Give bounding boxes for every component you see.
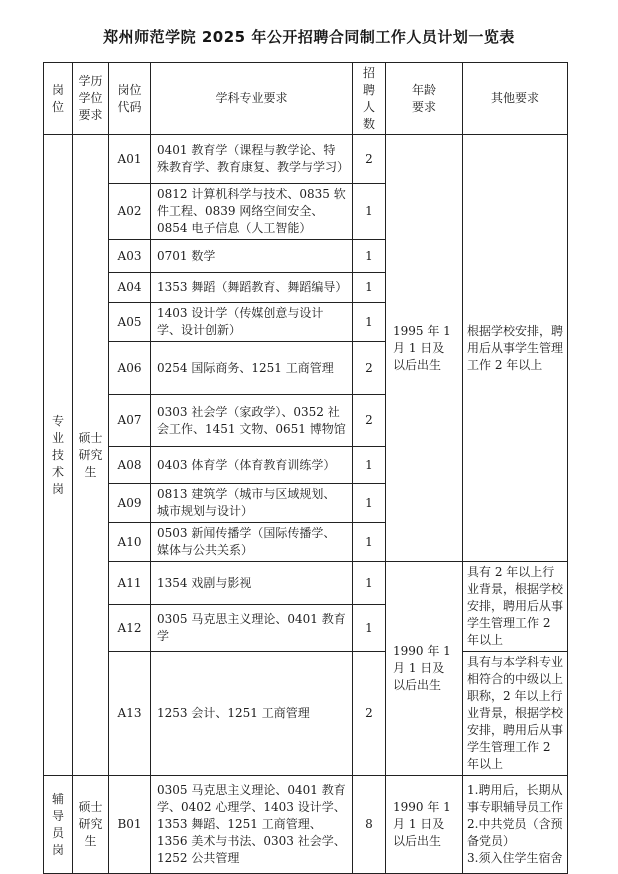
- table-row: A13 1253 会计、1251 工商管理 2 具有与本学科专业相符合的中级以上…: [44, 652, 568, 776]
- major-cell: 0305 马克思主义理论、0401 教育学: [151, 605, 353, 652]
- major-cell: 0254 国际商务、1251 工商管理: [151, 342, 353, 395]
- code-cell: A07: [109, 395, 151, 447]
- age-group-cell-1990: 1990 年 1 月 1 日及以后出生: [386, 562, 463, 776]
- table-row: 辅 导 员 岗 硕士 研究 生 B01 0305 马克思主义理论、0401 教育…: [44, 776, 568, 874]
- code-cell: B01: [109, 776, 151, 874]
- code-cell: A11: [109, 562, 151, 605]
- col-header-count: 招 聘 人 数: [353, 63, 386, 135]
- education-group-cell-tech: 硕士 研究 生: [73, 135, 109, 776]
- major-cell: 1353 舞蹈（舞蹈教育、舞蹈编导）: [151, 273, 353, 303]
- code-cell: A04: [109, 273, 151, 303]
- other-req-cell-group2b: 具有与本学科专业相符合的中级以上职称，2 年以上行业背景，根据学校安排，聘用后从…: [463, 652, 568, 776]
- col-header-education: 学历 学位 要求: [73, 63, 109, 135]
- col-header-other: 其他要求: [463, 63, 568, 135]
- count-cell: 1: [353, 484, 386, 523]
- position-group-cell-counselor: 辅 导 员 岗: [44, 776, 73, 874]
- major-cell: 1354 戏剧与影视: [151, 562, 353, 605]
- count-cell: 8: [353, 776, 386, 874]
- document-title: 郑州师范学院 2025 年公开招聘合同制工作人员计划一览表: [0, 26, 618, 47]
- count-cell: 1: [353, 447, 386, 484]
- code-cell: A03: [109, 240, 151, 273]
- major-cell: 0303 社会学（家政学）、0352 社会工作、1451 文物、0651 博物馆: [151, 395, 353, 447]
- age-group-cell-1995: 1995 年 1 月 1 日及以后出生: [386, 135, 463, 562]
- age-group-cell-counselor: 1990 年 1 月 1 日及以后出生: [386, 776, 463, 874]
- document-page: 郑州师范学院 2025 年公开招聘合同制工作人员计划一览表 岗 位 学历 学位 …: [0, 0, 618, 874]
- count-cell: 1: [353, 303, 386, 342]
- count-cell: 2: [353, 342, 386, 395]
- code-cell: A10: [109, 523, 151, 562]
- major-cell: 0701 数学: [151, 240, 353, 273]
- code-cell: A01: [109, 135, 151, 184]
- major-cell: 0503 新闻传播学（国际传播学、媒体与公共关系）: [151, 523, 353, 562]
- count-cell: 1: [353, 605, 386, 652]
- code-cell: A06: [109, 342, 151, 395]
- position-group-cell-tech: 专 业 技 术 岗: [44, 135, 73, 776]
- major-cell: 1253 会计、1251 工商管理: [151, 652, 353, 776]
- other-req-cell-counselor: 1.聘用后，长期从事专职辅导员工作 2.中共党员（含预备党员） 3.须入住学生宿…: [463, 776, 568, 874]
- count-cell: 1: [353, 184, 386, 240]
- table-header-row: 岗 位 学历 学位 要求 岗位 代码 学科专业要求 招 聘 人 数 年龄 要求 …: [44, 63, 568, 135]
- col-header-age: 年龄 要求: [386, 63, 463, 135]
- col-header-position: 岗 位: [44, 63, 73, 135]
- code-cell: A13: [109, 652, 151, 776]
- major-cell: 0401 教育学（课程与教学论、特殊教育学、教育康复、教学与学习）: [151, 135, 353, 184]
- major-cell: 0812 计算机科学与技术、0835 软件工程、0839 网络空间安全、0854…: [151, 184, 353, 240]
- count-cell: 2: [353, 652, 386, 776]
- other-req-cell-group2a: 具有 2 年以上行业背景，根据学校安排，聘用后从事学生管理工作 2 年以上: [463, 562, 568, 652]
- code-cell: A09: [109, 484, 151, 523]
- count-cell: 1: [353, 562, 386, 605]
- major-cell: 1403 设计学（传媒创意与设计学、设计创新）: [151, 303, 353, 342]
- education-group-cell-counselor: 硕士 研究 生: [73, 776, 109, 874]
- code-cell: A05: [109, 303, 151, 342]
- table-row: 专 业 技 术 岗 硕士 研究 生 A01 0401 教育学（课程与教学论、特殊…: [44, 135, 568, 184]
- col-header-major: 学科专业要求: [151, 63, 353, 135]
- code-cell: A08: [109, 447, 151, 484]
- count-cell: 1: [353, 240, 386, 273]
- major-cell: 0403 体育学（体育教育训练学）: [151, 447, 353, 484]
- other-req-cell-group1: 根据学校安排，聘用后从事学生管理工作 2 年以上: [463, 135, 568, 562]
- major-cell: 0813 建筑学（城市与区域规划、城市规划与设计）: [151, 484, 353, 523]
- count-cell: 1: [353, 523, 386, 562]
- major-cell: 0305 马克思主义理论、0401 教育学、0402 心理学、1403 设计学、…: [151, 776, 353, 874]
- code-cell: A12: [109, 605, 151, 652]
- col-header-code: 岗位 代码: [109, 63, 151, 135]
- count-cell: 2: [353, 135, 386, 184]
- count-cell: 2: [353, 395, 386, 447]
- count-cell: 1: [353, 273, 386, 303]
- recruitment-plan-table: 岗 位 学历 学位 要求 岗位 代码 学科专业要求 招 聘 人 数 年龄 要求 …: [43, 62, 568, 874]
- code-cell: A02: [109, 184, 151, 240]
- table-row: A11 1354 戏剧与影视 1 1990 年 1 月 1 日及以后出生 具有 …: [44, 562, 568, 605]
